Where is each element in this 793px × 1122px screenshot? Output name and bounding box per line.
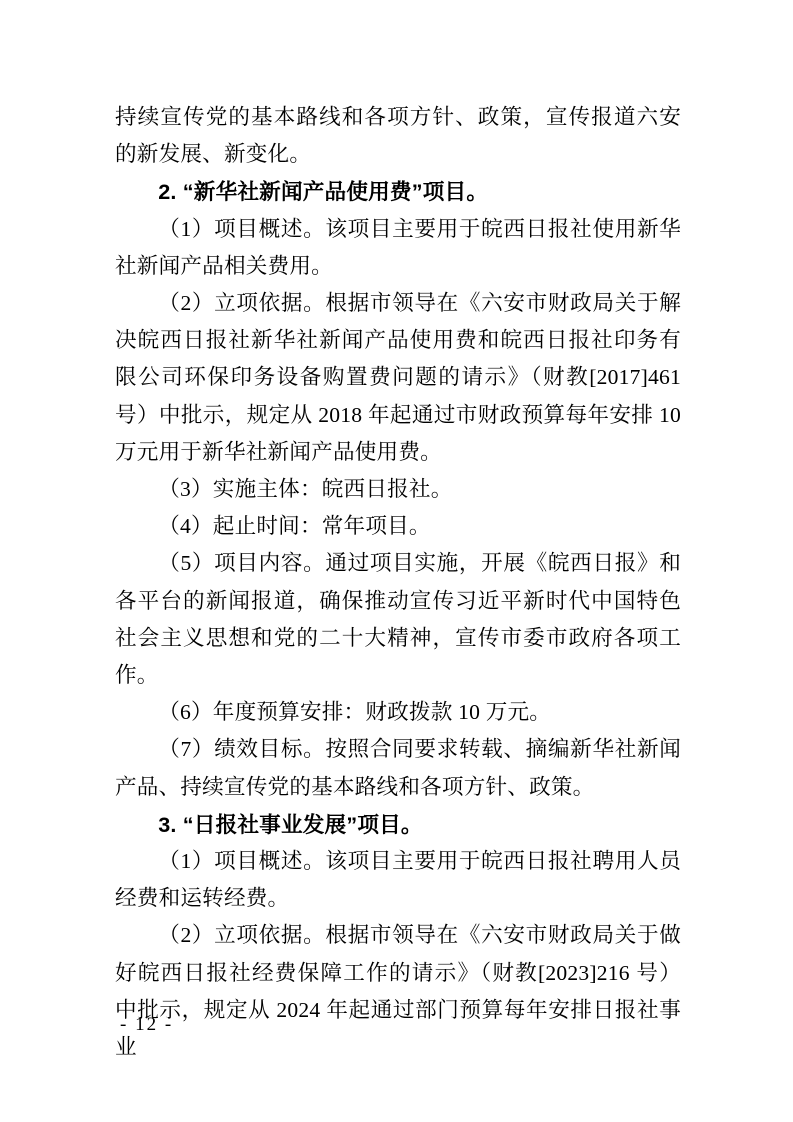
paragraph-overview-2: （1）项目概述。该项目主要用于皖西日报社聘用人员经费和运转经费。 <box>115 843 681 917</box>
paragraph-budget: （6）年度预算安排：财政拨款 10 万元。 <box>115 694 681 731</box>
document-page: 持续宣传党的基本路线和各项方针、政策，宣传报道六安的新发展、新变化。 2. “新… <box>0 0 793 1122</box>
section-heading-2: 2. “新华社新闻产品使用费”项目。 <box>115 173 681 210</box>
paragraph-performance: （7）绩效目标。按照合同要求转载、摘编新华社新闻产品、持续宣传党的基本路线和各项… <box>115 731 681 805</box>
paragraph-continued: 持续宣传党的基本路线和各项方针、政策，宣传报道六安的新发展、新变化。 <box>115 99 681 173</box>
paragraph-basis-2: （2）立项依据。根据市领导在《六安市财政局关于做好皖西日报社经费保障工作的请示》… <box>115 917 681 1066</box>
paragraph-content: （5）项目内容。通过项目实施，开展《皖西日报》和各平台的新闻报道，确保推动宣传习… <box>115 545 681 694</box>
paragraph-basis: （2）立项依据。根据市领导在《六安市财政局关于解决皖西日报社新华社新闻产品使用费… <box>115 285 681 471</box>
page-number: - 12 - <box>120 1012 173 1038</box>
paragraph-duration: （4）起止时间：常年项目。 <box>115 508 681 545</box>
paragraph-overview: （1）项目概述。该项目主要用于皖西日报社使用新华社新闻产品相关费用。 <box>115 211 681 285</box>
section-heading-3: 3. “日报社事业发展”项目。 <box>115 806 681 843</box>
paragraph-implementer: （3）实施主体：皖西日报社。 <box>115 471 681 508</box>
document-body: 持续宣传党的基本路线和各项方针、政策，宣传报道六安的新发展、新变化。 2. “新… <box>115 99 681 1066</box>
